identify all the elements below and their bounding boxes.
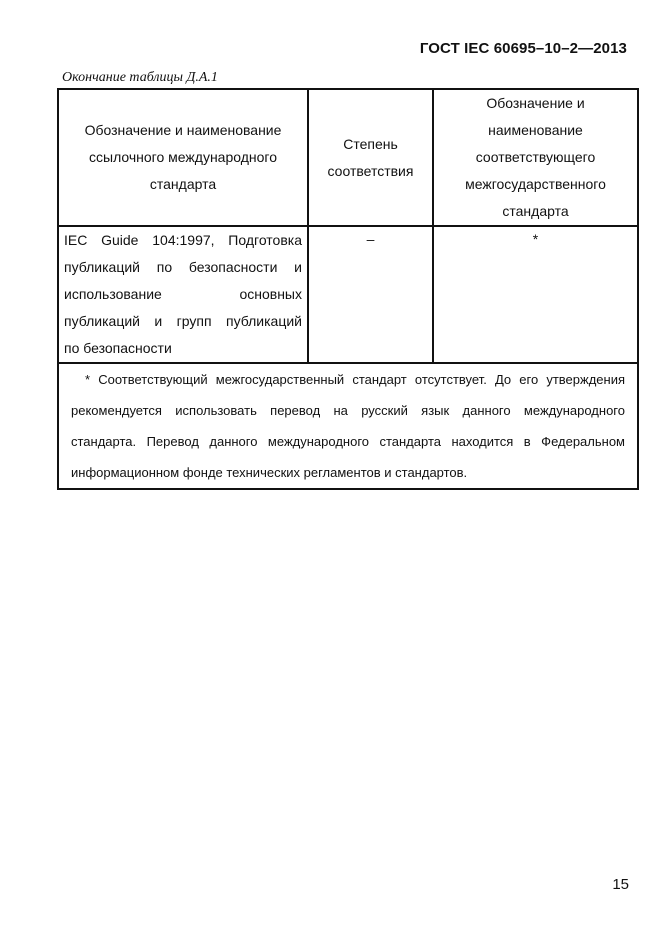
column-header-degree-of-conformity: Степень соответствия	[308, 89, 433, 226]
column-header-interstate-standard: Обозначение и наименование соответствующ…	[433, 89, 638, 226]
footnote-line: стандарта. Перевод данного международног…	[71, 426, 625, 457]
header-line: стандарта	[65, 171, 301, 198]
cell-line: IEC Guide 104:1997, Подготовка	[64, 227, 302, 254]
header-line: Обозначение и наименование	[65, 117, 301, 144]
header-line: стандарта	[440, 198, 631, 225]
footnote-line: информационном фонде технических регламе…	[71, 457, 625, 488]
reference-standards-table: Обозначение и наименование ссылочного ме…	[57, 88, 639, 490]
header-line: соответствующего	[440, 144, 631, 171]
cell-line: по безопасности	[64, 335, 302, 362]
cell-degree-of-conformity: –	[308, 226, 433, 363]
header-line: наименование	[440, 117, 631, 144]
header-line: ссылочного международного	[65, 144, 301, 171]
page-number: 15	[612, 876, 629, 893]
header-line: соответствия	[315, 158, 426, 185]
header-line: Степень	[315, 131, 426, 158]
document-header-standard-code: ГОСТ IEC 60695–10–2—2013	[420, 40, 627, 57]
cell-line: публикаций и групп публикаций	[64, 308, 302, 335]
footnote-line: * Соответствующий межгосударственный ста…	[71, 364, 625, 395]
cell-line: публикаций по безопасности и	[64, 254, 302, 281]
footnote-line: рекомендуется использовать перевод на ру…	[71, 395, 625, 426]
column-header-international-standard: Обозначение и наименование ссылочного ме…	[58, 89, 308, 226]
header-line: Обозначение и	[440, 90, 631, 117]
cell-reference-standard: IEC Guide 104:1997, Подготовка публикаци…	[58, 226, 308, 363]
cell-line: использование основных	[64, 281, 302, 308]
footnote-row: * Соответствующий межгосударственный ста…	[58, 363, 638, 489]
cell-interstate-standard: *	[433, 226, 638, 363]
header-line: межгосударственного	[440, 171, 631, 198]
table-row: IEC Guide 104:1997, Подготовка публикаци…	[58, 226, 638, 363]
table-header-row: Обозначение и наименование ссылочного ме…	[58, 89, 638, 226]
table-footnote: * Соответствующий межгосударственный ста…	[58, 363, 638, 489]
table-caption: Окончание таблицы Д.А.1	[62, 70, 218, 86]
